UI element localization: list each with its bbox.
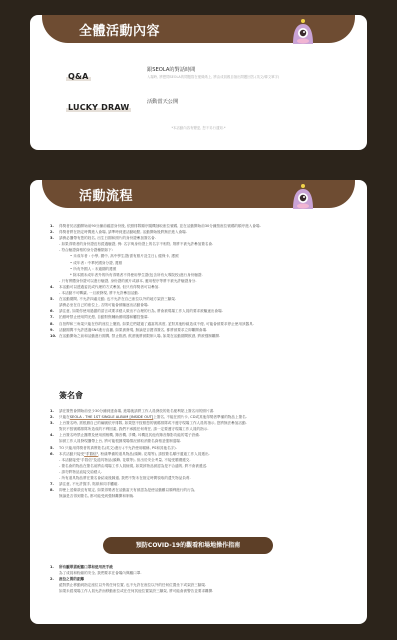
signing-item: 3.上台簽名時, 需根據自己的編號依序排隊, 如果您不按照您的號碼排隊或不遵守現… bbox=[50, 420, 349, 426]
flow-title: 活動流程 bbox=[79, 185, 133, 204]
covid-item-title: 1.所有觀眾需配戴口罩和使用洗手液 bbox=[50, 564, 349, 570]
covid-item-title: 2.座位之間的距離 bbox=[50, 576, 349, 582]
album-name-highlight: SEOLA - THE 1ST SINGLE ALBUM [INSIDE OUT… bbox=[70, 415, 153, 419]
covid-item-text: 如果未經現場工作人員允許而移動座位或在任何其他位置架設三腳架, 將可能會被警告並… bbox=[50, 588, 349, 594]
qa-tag: Q&A bbox=[66, 72, 91, 81]
covid-list: 1.所有觀眾需配戴口罩和使用洗手液 為了成員和粉絲的安全, 我們要求在會場內佩戴… bbox=[50, 564, 349, 594]
mascot-icon bbox=[291, 183, 315, 209]
overview-card: 全體活動內容 Q&A 跟SEOLA的對話時間 入場時, 將想問SEOLA的問題寫… bbox=[30, 15, 367, 150]
signing-subitem: 無論是否得到簽名, 都可能受到強制離開和制裁. bbox=[50, 493, 349, 499]
qa-title: 跟SEOLA的對話時間 bbox=[147, 66, 195, 73]
event-flow-card: 活動流程 1.得獎者於活動開始前90分鐘前確認身份後, 依照排隊順序隨機抽取座位… bbox=[30, 180, 367, 624]
qa-tag-row: Q&A bbox=[66, 64, 91, 83]
mascot-icon bbox=[291, 18, 315, 44]
signing-list: 1.請在簽售會開始前至少30分鐘到達會場, 進場後請將工作人員發放的姓名便利貼上… bbox=[50, 408, 349, 499]
covid-guide-banner: 預防COVID-19的觀看和場地操作指南 bbox=[103, 537, 273, 554]
handwritten-letter-highlight: "手寫信" bbox=[84, 452, 98, 456]
lucky-draw-title: 活動當天公開 bbox=[147, 98, 178, 105]
flow-item: 3.請務必攜帶有您的姓名, 出生日期和照片的身份證參加簽名會. bbox=[50, 235, 349, 241]
lucky-draw-tag: LUCKY DRAW bbox=[66, 103, 131, 112]
signing-item: 6.本次活動只接受"手寫信", 粉絲準備的道具物品(頭飾, 花環等), 請按簽名… bbox=[50, 451, 349, 457]
overview-title: 全體活動內容 bbox=[79, 20, 160, 39]
event-flow-list: 1.得獎者於活動開始前90分鐘前確認身份後, 依照排隊順序隨機抽取座位號碼, 並… bbox=[50, 223, 349, 339]
signing-item: 4.上台簽名時禁止攜帶及使用照相機, 錄音機, 手機, 耳機及其他有錄音錄影功能… bbox=[50, 432, 349, 438]
signing-item: 8.即使上述條款沒有規定, 如果得獎者在活動當天有被認為是使活動難以順利進行的行… bbox=[50, 487, 349, 493]
lucky-draw-tag-row: LUCKY DRAW bbox=[66, 95, 131, 114]
flow-item: 10.在活動開始之前和活動進行期間, 禁止飲酒, 飲酒後將被限制入場, 如果在活… bbox=[50, 333, 349, 339]
flow-item: 4.本活動可以透過委託或代理的方式參加, 但只有得獎者可以參加. bbox=[50, 284, 349, 290]
qa-subtitle: 入場時, 將想問SEOLA的問題寫在便條紙上, 將由成員親自抽出問題回答.(英文… bbox=[147, 74, 279, 79]
overview-note: *本活動內容有變更, 恕不另行通知.* bbox=[30, 125, 367, 130]
signing-section-title: 簽名會 bbox=[59, 390, 83, 401]
flow-item: 5.在活動期間, 不允許四處走動, 也不允許在自己座位以外的地方架設三腳架. bbox=[50, 296, 349, 302]
